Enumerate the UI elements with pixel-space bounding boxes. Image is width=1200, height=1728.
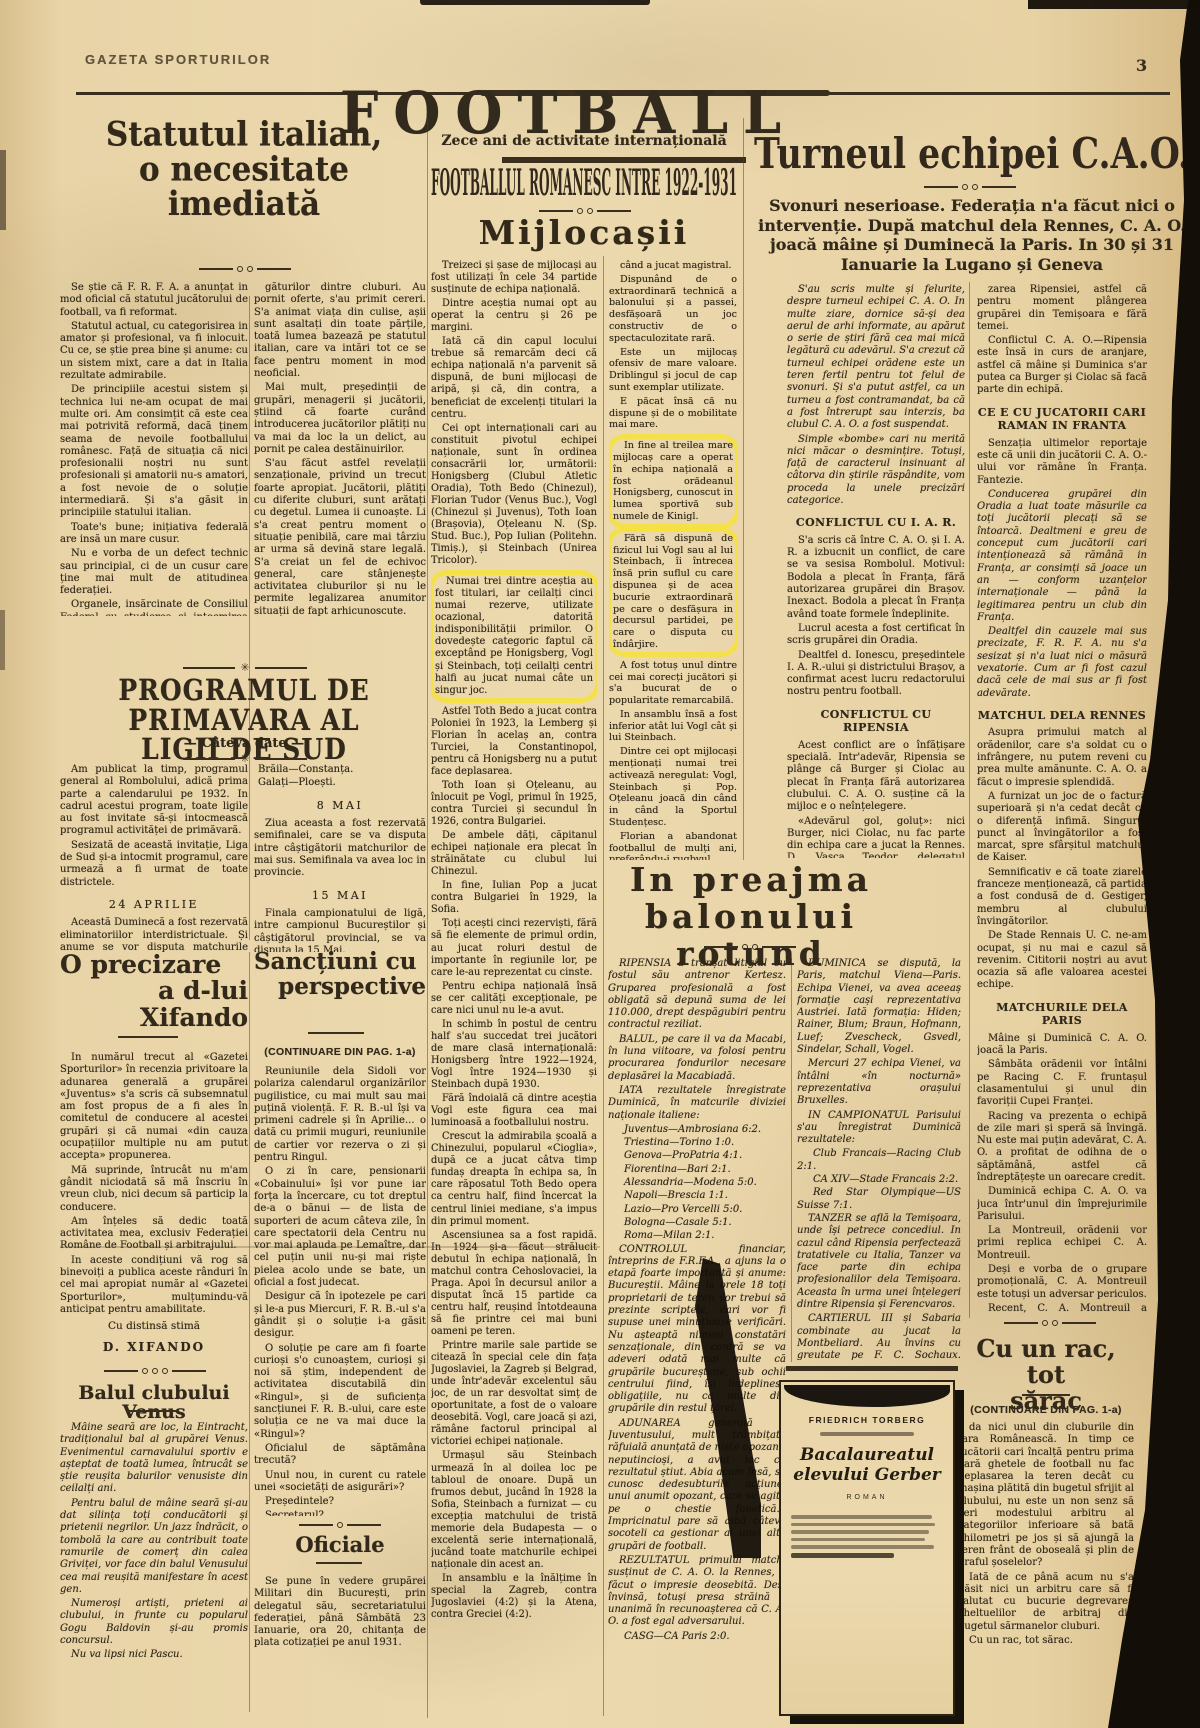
score: Genova—ProPatria 4:1. [608,1150,786,1162]
paragraph: Am publicat la timp, programul general a… [60,764,248,838]
title-rule [316,1562,362,1564]
edge-smudge [0,610,5,670]
paragraph: Unul nou, in curent cu ratele unei «soci… [254,1470,426,1495]
paragraph: Oficialul de săptămâna trecută? [254,1443,426,1468]
paragraph: S'au făcut astfel revelații senzaționale… [254,458,426,616]
paragraph: Cu un rac, tot sărac. [958,1635,1134,1647]
column-rule [427,118,428,1718]
column-rule [791,958,792,1362]
paragraph: Este un mijlocaș ofensiv de mare valoare… [609,347,737,394]
paragraph: De principiile acestui sistem și technic… [60,384,248,519]
oficiale-body: Se pune în vedere grupărei Militari din … [254,1576,426,1716]
paragraph: Statutul actual, cu categorisirea in ama… [60,321,248,382]
paragraph: Treizeci și șase de mijlocași au fost ut… [431,260,597,296]
paragraph: zarea Ripensiei, astfel că pentru moment… [977,284,1147,333]
newspaper-page: GAZETA SPORTURILOR 3 FOOTBALL Statutul i… [0,0,1200,1728]
preajma-column-1: RIPENSIA a tranșat litigiul cu fostul să… [608,958,786,1716]
score: Club Francais—Racing Club 2:1. [797,1148,961,1173]
sanctiuni-title-line2: perspective [254,975,426,1000]
paragraph: Dealtfel d. Ionescu, președintele I. A. … [787,650,965,699]
scan-artifact-top [420,0,650,5]
precizare-title-line2: a d-lui Xifando [60,978,248,1031]
paragraph: Iată de ce până acum nu s'a găsit nici u… [958,1572,1134,1633]
paragraph: Conflictul C. A. O.—Ripensia este însă i… [977,335,1147,396]
italic: Mâine seară are loc, la Eintracht, tradi… [60,1422,248,1496]
illegible-caption-lines [781,1515,953,1558]
precizare-signature: D. XIFANDO [60,1340,248,1354]
programul-column-1: Am publicat la timp, programul general a… [60,764,248,952]
book-ad: FRIEDRICH TORBERG Bacalaureatul elevului… [779,1380,955,1716]
hl: In fine al treilea mare mijlocaș care a … [611,439,735,524]
score: Napoli—Brescia 1:1. [608,1190,786,1202]
italic: Numeroși artiști, prieteni ai clubului, … [60,1598,248,1647]
title-rule [1022,1394,1070,1396]
paragraph: In numărul trecut al «Gazetei Sporturilo… [60,1052,248,1163]
paragraph: Asupra primului match al orădenilor, car… [977,727,1147,788]
column-rule [249,952,250,1712]
turneul-title: Turneul echipei C.A.O. [748,124,1196,180]
paragraph: Finala campionatului de ligă, intre camp… [254,908,426,952]
score: CASG—CA Paris 2:0. [608,1631,786,1643]
subhead: CONFLICTUL CU RIPENSIA [787,708,965,735]
caption-line [791,1545,934,1549]
paragraph: Pentru echipa națională însă se cer cali… [431,981,597,1017]
preajma-title: In preajma balonului rotund [565,862,937,973]
paragraph: Desigur că în ipotezele pe cari și le-a … [254,1291,426,1340]
paragraph: Iată că din capul locului trebue să rema… [431,336,597,420]
romanesc-title: FOOTBALLUL ROMANESC INTRE 1922-1931 [428,152,740,202]
ornament-divider [985,1320,1115,1326]
paragraph: Toate's bune; inițiativa federală are in… [60,522,248,547]
balul-body: Mâine seară are loc, la Eintracht, tradi… [60,1422,248,1718]
hl: Fără să dispună de fizicul lui Vogl sau … [611,532,735,652]
column-rule [969,282,970,1318]
paragraph: Mâine și Duminică C. A. O. joacă la Pari… [977,1033,1147,1058]
paragraph: când a jucat magistral. [609,260,737,272]
romanesc-subtitle: Mijlocașii [430,216,738,250]
italic: TANZER se află la Temișoara, unde își pe… [797,1213,961,1311]
balul-title: Balul clubului Venus [60,1384,248,1423]
paragraph: Ziua aceasta a fost rezervată semifinale… [254,818,426,879]
score: Fiorentina—Bari 2:1. [608,1164,786,1176]
book-title-line1: Bacalaureatul [781,1446,953,1466]
italic: RIPENSIA a tranșat litigiul cu fostul să… [608,958,786,1032]
italic: DUMINICA se dispută, la Paris, matchul V… [797,958,961,1056]
paragraph: Se știe că F. R. F. A. a anunțat in mod … [60,282,248,319]
book-title-line2: elevului Gerber [781,1466,953,1486]
subhead: CE E CU JUCATORII CARI RAMAN IN FRANTA [977,406,1147,433]
illegible-tagline [820,1432,915,1436]
italic: CARTIERUL III și Sabaria combinate au ju… [797,1313,961,1362]
statutul-column-1: Se știe că F. R. F. A. a anunțat in mod … [60,282,248,616]
score: Red Star Olympique—US Suisse 7:1. [797,1187,961,1212]
ornament-divider [280,1522,400,1528]
paragraph: găturilor dintre cluburi. Au pornit ofer… [254,282,426,380]
italic: Mercuri 27 echipa Vienei, va întâlni «în… [797,1058,961,1107]
racul-title: Cu un rac, tot sărac [958,1336,1134,1414]
turneul-subtitle: Svonuri neserioase. Federația n'a făcut … [752,196,1192,274]
paragraph: «Adevărul gol, goluț»: nici Burger, nici… [787,816,965,858]
paragraph: Racing va prezenta o echipă de zile mari… [977,1111,1147,1185]
paragraph: S'a scris că între C. A. O. și I. A. R. … [787,535,965,621]
paragraph: Cei opt internaționali cari au constitui… [431,423,597,568]
racul-body: da nici unul din cluburile din țara Româ… [958,1422,1134,1718]
italic: Pentru balul de mâine seară și-au dat si… [60,1498,248,1596]
column-rule [249,296,250,940]
score: Triestina—Torino 1:0. [608,1137,786,1149]
turneul-column-1: S'au scris multe și felurite, despre tur… [787,284,965,858]
book-genre: ROMAN [781,1494,953,1501]
column-rule [603,256,604,1716]
book-title: Bacalaureatul elevului Gerber [781,1446,953,1485]
italic: REZULTATUL primului match, susținut de C… [608,1555,786,1629]
score: Alessandria—Modena 5:0. [608,1177,786,1189]
datehead: 8 MAI [254,799,426,813]
romanesc-title-text: FOOTBALLUL ROMANESC INTRE 1922-1931 [431,162,737,202]
italic: IN CAMPIONATUL Parisului s'au înregistra… [797,1110,961,1147]
paper-name: GAZETA SPORTURILOR [85,52,271,67]
title-rule [308,1032,364,1034]
paragraph: Președintele? [254,1496,426,1508]
score: CA XIV—Stade Francais 2:2. [797,1174,961,1186]
paragraph: De Stade Rennais U. C. ne-am ocupat, și … [977,930,1147,991]
programul-title-line1: PROGRAMUL DE PRIMAVARA AL [60,676,428,735]
paragraph: Duminică echipa C. A. O. va juca într'un… [977,1186,1147,1223]
oficiale-title: Oficiale [254,1534,426,1555]
paragraph: Acest conflict are o înfățișare specială… [787,740,965,814]
paragraph: Dispunând de o extraordinară technică a … [609,274,737,345]
italic: Conducerea grupărei din Oradia a luat to… [977,489,1147,624]
racul-continuare: (CONTINUARE DIN PAG. 1-a) [958,1404,1134,1416]
score: Roma—Milan 2:1. [608,1230,786,1242]
page-number: 3 [1136,56,1147,75]
sanctiuni-body: Reuniunile dela Sidoli vor polariza cale… [254,1066,426,1516]
column-rule [743,118,744,860]
sanctiuni-continuare: (CONTINUARE DIN PAG. 1-a) [254,1046,426,1058]
paragraph: Florian a abandonat footballul de mulți … [609,831,737,860]
ornament-divider [85,1368,225,1374]
paragraph: Senzația ultimelor reportaje este că uni… [977,438,1147,487]
sanctiuni-title: Sancțiuni cu perspective [254,950,426,1000]
paragraph: La Montreuil, orădenii vor primi replica… [977,1225,1147,1262]
ornament-divider: ✳ [100,753,390,764]
ornament-divider [885,184,1055,190]
italic: Nu va lipsi nici Pascu. [60,1649,248,1661]
paragraph: Dintre aceștia numai opt au operat la ce… [431,298,597,334]
paragraph: Fără îndoială că dintre aceștia Vogl est… [431,1093,597,1129]
paragraph: A fost totuș unul dintre cei mai corecți… [609,660,737,707]
paragraph: Sesizată de această invitație, Liga de S… [60,840,248,889]
title-rule [118,1036,178,1038]
ornament-divider [150,266,340,272]
paragraph: da nici unul din cluburile din țara Româ… [958,1422,1134,1570]
caption-line [791,1515,932,1519]
precizare-title: O precizare a d-lui Xifando [60,952,248,1031]
paragraph: A furnizat un joc de o factură superioar… [977,791,1147,865]
paragraph: Astfel Toth Bedo a jucat contra Poloniei… [431,706,597,778]
romanesc-column-1: Treizeci și șase de mijlocași au fost ut… [431,260,597,1716]
statutul-title-line1: Statutul italian, [60,118,428,153]
paragraph: Crescut la admirabila școală a Chinezulu… [431,1131,597,1227]
preajma-title-line1: In preajma [565,862,937,899]
paragraph: Lucrul acesta a fost certificat în scris… [787,623,965,648]
paragraph: In ansamblu e la înălțime în special la … [431,1573,597,1621]
precizare-closing: Cu distinsă stimă [60,1320,248,1332]
edge-smudge [0,150,6,230]
paragraph: O soluție pe care am fi foarte curioși s… [254,1343,426,1441]
paragraph: Toth Ioan și Oțeleanu, au înlocuit pe Vo… [431,780,597,828]
italic: BALUL, pe care il va da Macabi, în luna … [608,1034,786,1083]
italic: Simple «bombe» cari nu merită nici măcar… [787,434,965,508]
ad-top-rule [786,1366,958,1371]
paragraph: Sâmbăta orădenii vor întâlni pe Racing C… [977,1059,1147,1108]
teams: Galați—Ploești. [254,777,426,789]
statutul-column-2: găturilor dintre cluburi. Au pornit ofer… [254,282,426,616]
precizare-title-line1: O precizare [60,952,248,978]
paragraph: Se pune în vedere grupărei Militari din … [254,1576,426,1650]
sanctiuni-title-line1: Sancțiuni cu [254,950,426,975]
paragraph: Mă suprinde, întrucât nu m'am gândit nic… [60,1165,248,1214]
paragraph: Semnificativ e că toate ziarele franceze… [977,867,1147,928]
caption-line [791,1530,929,1534]
paragraph: Reuniunile dela Sidoli vor polariza cale… [254,1066,426,1164]
paragraph: E păcat însă că nu dispune și de o mobil… [609,396,737,431]
book-cover-wave [784,1385,950,1407]
paragraph: Organele, insărcinate de Consiliul Feder… [60,599,248,616]
romanesc-kicker: Zece ani de activitate internațională [430,134,738,148]
romanesc-column-2: când a jucat magistral.Dispunând de o ex… [609,260,737,860]
statutul-title-line2: o necesitate imediată [60,153,428,223]
hl: Numai trei dintre aceștia au fost titula… [433,575,595,697]
paragraph: Această Duminecă a fost rezervată elimin… [60,917,248,952]
italic: CONTROLUL financiar, întreprins de F.R.F… [608,1244,786,1416]
book-author: FRIEDRICH TORBERG [781,1415,953,1425]
score: Lazio—Pro Vercelli 5:0. [608,1204,786,1216]
title-rule [128,1410,178,1412]
racul-title-line1: Cu un rac, tot [958,1336,1134,1388]
paragraph: In ansamblu însă a fost inferior atât lu… [609,709,737,744]
paragraph: In aceste condițiuni vă rog să binevoiți… [60,1255,248,1316]
preajma-column-2: DUMINICA se dispută, la Paris, matchul V… [797,958,961,1362]
paragraph: O zi în care, pensionarii «Cobainului» î… [254,1166,426,1289]
subhead: MATCHUL DELA RENNES [977,709,1147,723]
italic: S'au scris multe și felurite, despre tur… [787,284,965,432]
italic: IATA rezultatele înregistrate Duminică, … [608,1085,786,1122]
turneul-column-2: zarea Ripensiei, astfel că pentru moment… [977,284,1147,1314]
score: Juventus—Ambrosiana 6:2. [608,1124,786,1136]
programul-subtitle: — Câteva date — [60,736,428,751]
teams: Brăila—Constanța. [254,764,426,776]
statutul-title: Statutul italian, o necesitate imediată [60,118,428,222]
scan-artifact-top [1028,0,1200,9]
paper-crease [60,1246,600,1248]
paragraph: Dintre cei opt mijlocași menționați numa… [609,746,737,829]
score: Bologna—Casale 5:1. [608,1217,786,1229]
subhead: MATCHURILE DELA PARIS [977,1001,1147,1028]
paragraph: Nu e vorba de un defect technic sau prin… [60,548,248,597]
subhead: CONFLICTUL CU I. A. R. [787,516,965,530]
paragraph: Mai mult, președinții de grupări, menage… [254,382,426,456]
caption-line-bold [791,1553,894,1558]
caption-line [791,1523,935,1527]
ornament-divider [665,944,835,950]
caption-line [791,1538,925,1542]
italic: Dealtfel din cauzele mai sus precizate, … [977,626,1147,700]
paragraph: Secretarul? [254,1510,426,1516]
programul-column-2: Brăila—Constanța.Galați—Ploești.8 MAIZiu… [254,764,426,952]
precizare-body: In numărul trecut al «Gazetei Sporturilo… [60,1052,248,1318]
turneul-title-text: Turneul echipei C.A.O. [754,129,1190,178]
datehead: 24 APRILIE [60,898,248,912]
paragraph: Urmașul său Steinbach urmează în al doil… [431,1450,597,1570]
datehead: 15 MAI [254,889,426,903]
paragraph: Recent, C. A. Montreuil a dispus de F. C… [977,1303,1147,1314]
paragraph: Deși e vorba de o grupare promoțională, … [977,1264,1147,1301]
paragraph: In schimb în postul de centru half s'au … [431,1019,597,1091]
ornament-divider: ✳ [100,662,390,673]
paragraph: Printre marile sale partide se citează î… [431,1340,597,1448]
